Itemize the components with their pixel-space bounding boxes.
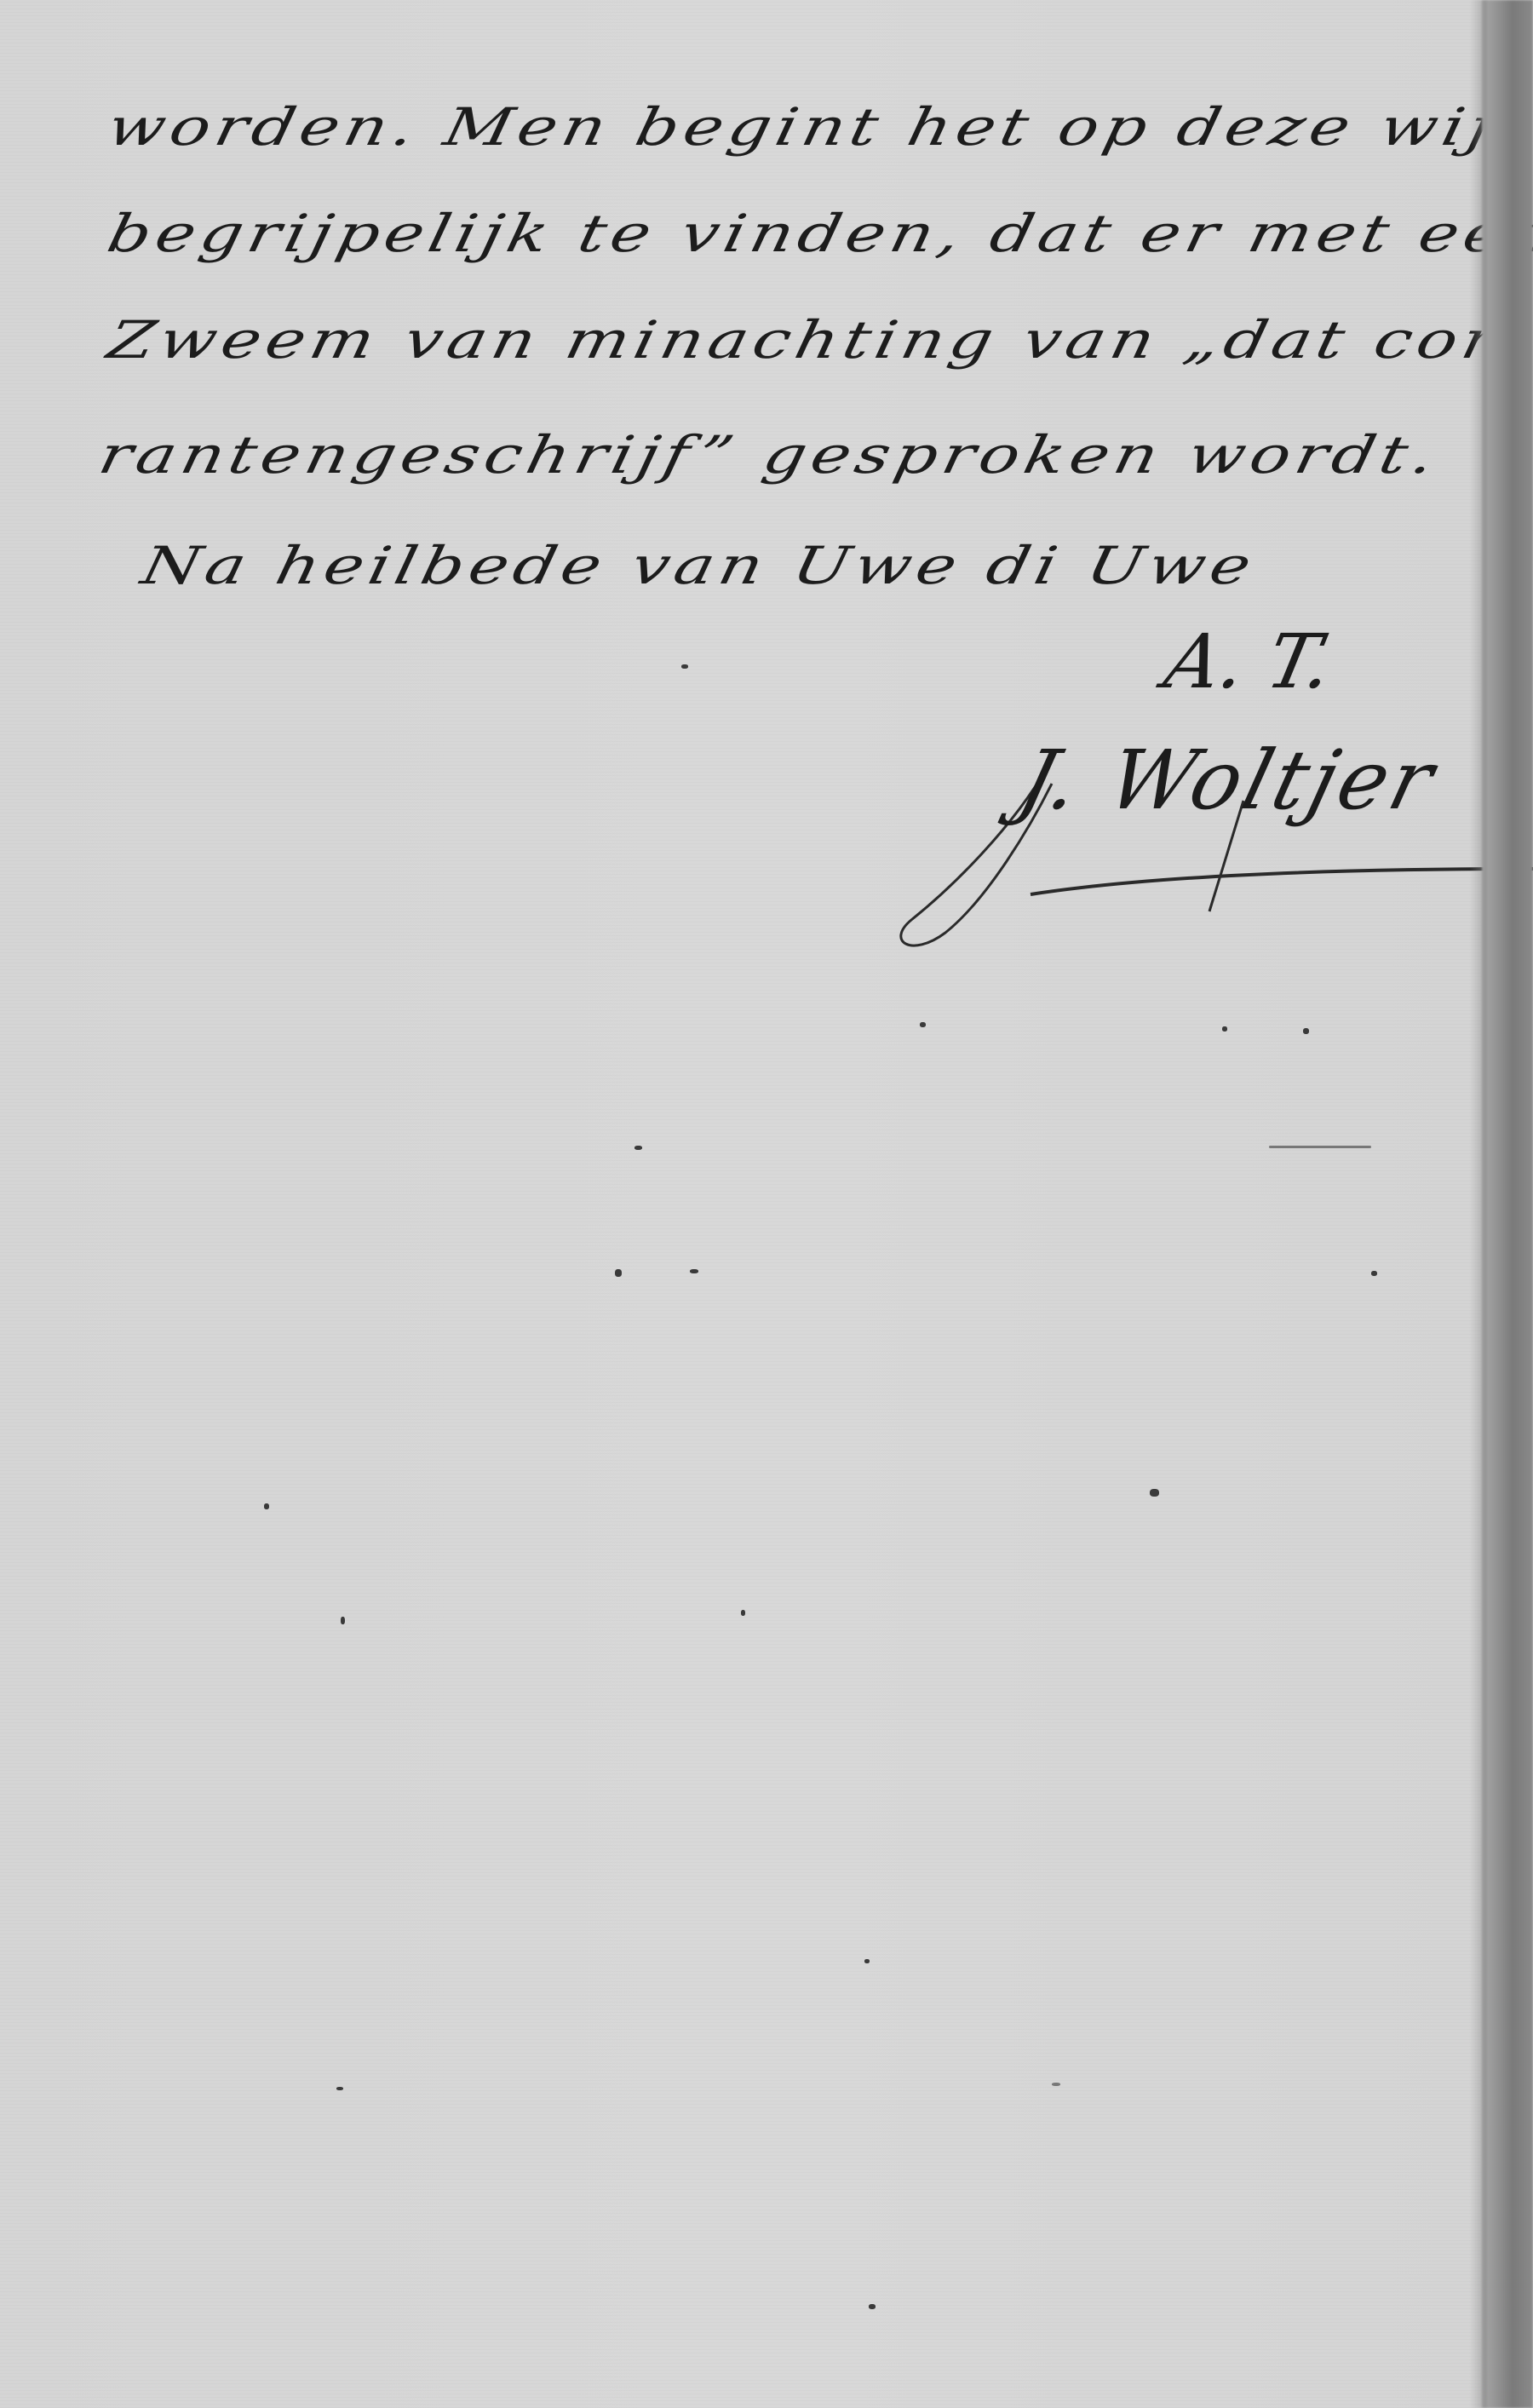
paper-speck — [634, 1146, 642, 1150]
paper-speck — [920, 1022, 926, 1027]
handwritten-line-1: worden. Men begint het op deze wij — [102, 98, 1501, 158]
letter-page: worden. Men begint het op deze wij begri… — [0, 0, 1533, 2408]
paper-speck — [336, 2087, 343, 2090]
closing-initials: A. T. — [1157, 618, 1341, 705]
signature: J. Woltjer — [1010, 733, 1446, 828]
paper-speck — [741, 1610, 745, 1616]
handwritten-line-5: Na heilbede van Uwe di Uwe — [136, 537, 1261, 596]
paper-speck — [1222, 1026, 1227, 1032]
paper-speck — [681, 664, 688, 669]
paper-speck — [1150, 1489, 1159, 1497]
paper-speck — [1371, 1271, 1377, 1276]
handwritten-line-3: Zweem van minachting van „dat con — [102, 311, 1517, 371]
paper-speck — [264, 1503, 269, 1509]
paper-speck — [341, 1617, 345, 1624]
paper-speck — [864, 1959, 870, 1963]
paper-speck — [869, 2304, 876, 2309]
page-edge-shadow — [1482, 0, 1533, 2408]
handwritten-line-2: begrijpelijk te vinden, dat er met een — [102, 204, 1533, 264]
paper-speck — [1052, 2083, 1060, 2086]
paper-mark — [1269, 1146, 1371, 1148]
paper-speck — [690, 1269, 698, 1273]
paper-speck — [615, 1269, 622, 1277]
handwritten-line-4: rantengeschrijf” gesproken wordt. — [94, 426, 1444, 486]
paper-speck — [1303, 1028, 1309, 1034]
